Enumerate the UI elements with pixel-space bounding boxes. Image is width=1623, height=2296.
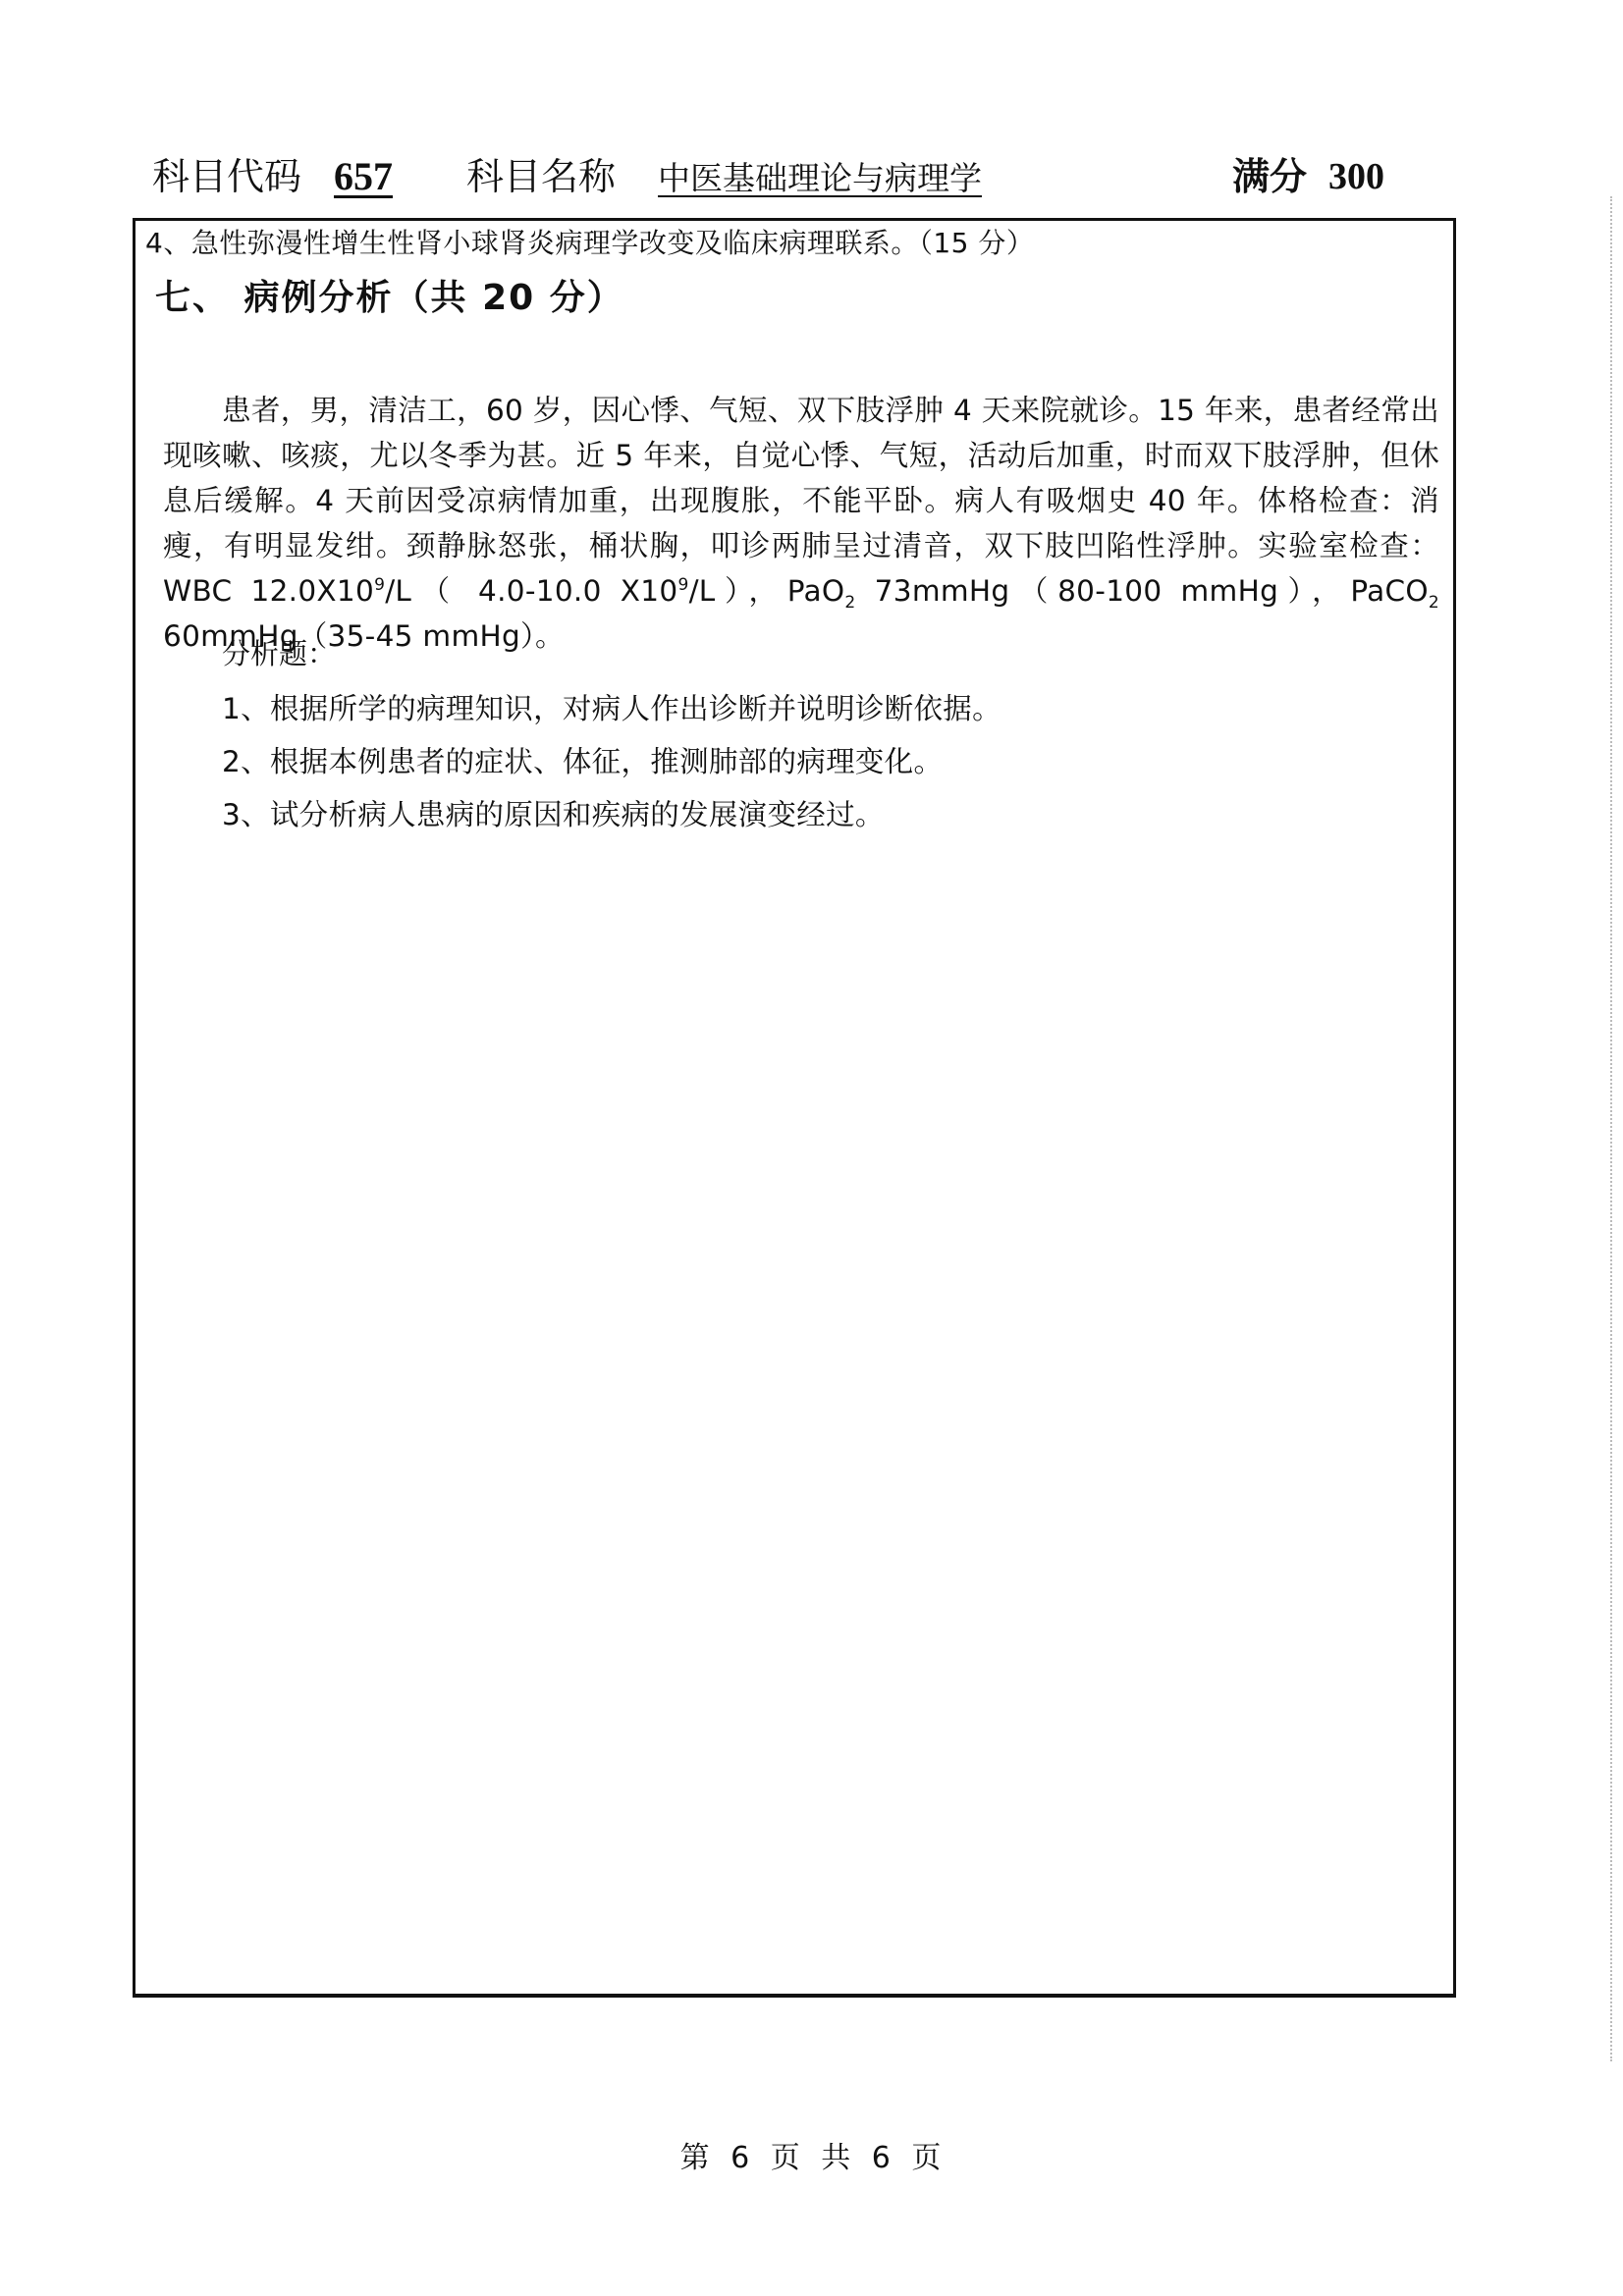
- subscript: 2: [1429, 592, 1439, 612]
- case-text-part: 73mmHg（80-100 mmHg），PaCO: [856, 574, 1429, 608]
- exam-header: 科目代码 657 科目名称 中医基础理论与病理学 满分 300: [152, 147, 1389, 206]
- superscript: 9: [677, 575, 688, 595]
- subject-name-value: 中医基础理论与病理学: [658, 149, 982, 208]
- case-description: 患者，男，清洁工，60 岁，因心悸、气短、双下肢浮肿 4 天来院就诊。15 年来…: [163, 388, 1439, 659]
- full-score-label: 满分: [1232, 147, 1307, 206]
- analysis-question: 2、根据本例患者的症状、体征，推测肺部的病理变化。: [222, 735, 1001, 788]
- full-score-value: 300: [1328, 147, 1384, 206]
- question-4: 4、急性弥漫性增生性肾小球肾炎病理学改变及临床病理联系。（15 分）: [145, 225, 1034, 262]
- page-indicator: 第 6 页 共 6 页: [0, 2133, 1623, 2176]
- analysis-questions: 1、根据所学的病理知识，对病人作出诊断并说明诊断依据。 2、根据本例患者的症状、…: [222, 682, 1001, 841]
- subscript: 2: [844, 592, 855, 612]
- subject-name-label: 科目名称: [466, 147, 616, 206]
- case-text-part: /L（ 4.0-10.0 X10: [385, 574, 677, 608]
- scan-edge-mark: [1610, 196, 1613, 2061]
- subject-code-label: 科目代码: [152, 147, 301, 206]
- case-text-part: /L），PaO: [689, 574, 845, 608]
- superscript: 9: [374, 575, 385, 595]
- analysis-question: 1、根据所学的病理知识，对病人作出诊断并说明诊断依据。: [222, 682, 1001, 735]
- section-title: 七、 病例分析（共 20 分）: [155, 280, 624, 317]
- question-box: 4、急性弥漫性增生性肾小球肾炎病理学改变及临床病理联系。（15 分） 七、 病例…: [133, 218, 1456, 1998]
- analysis-label: 分析题：: [222, 635, 336, 672]
- subject-code-value: 657: [334, 147, 393, 206]
- analysis-question: 3、试分析病人患病的原因和疾病的发展演变经过。: [222, 788, 1001, 841]
